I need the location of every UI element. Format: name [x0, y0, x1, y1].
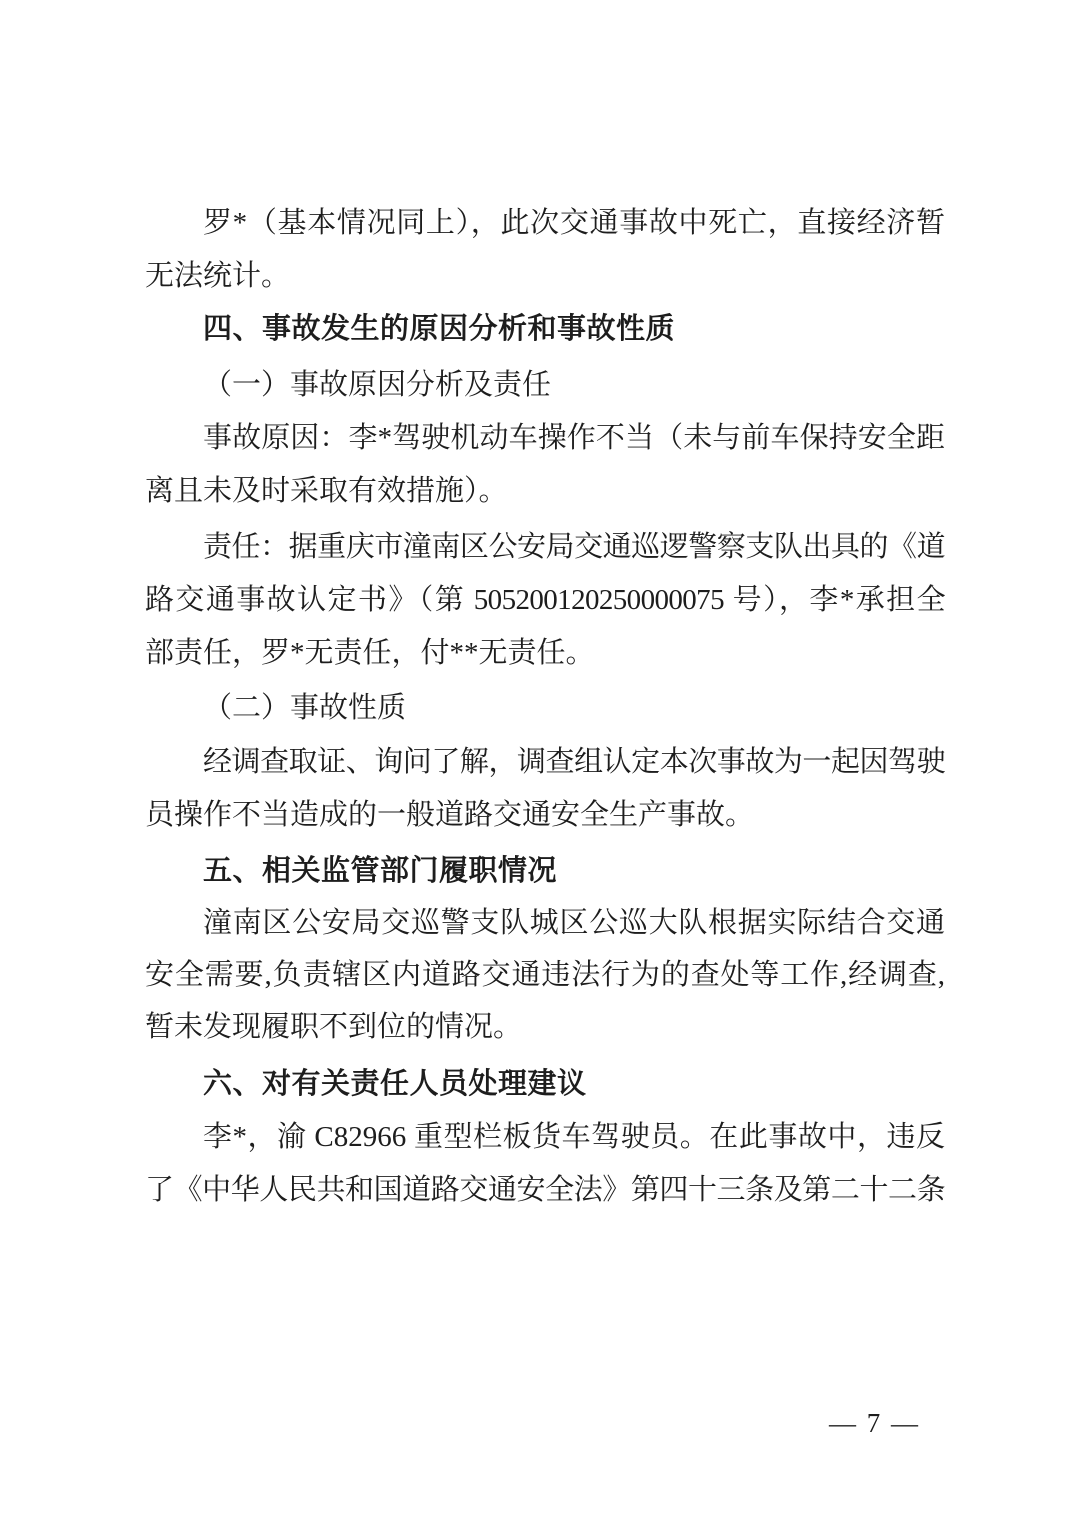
text-line: 安全需要,负责辖区内道路交通违法行为的查处等工作,经调查,: [145, 957, 945, 993]
text-line: 潼南区公安局交巡警支队城区公巡大队根据实际结合交通: [145, 905, 945, 941]
heading-section-6: 六、对有关责任人员处理建议: [145, 1066, 945, 1102]
text-line: 无法统计。: [145, 258, 945, 294]
text-line: 暂未发现履职不到位的情况。: [145, 1009, 945, 1045]
text-line: 了《中华人民共和国道路交通安全法》第四十三条及第二十二条: [145, 1172, 945, 1208]
text-line: 离且未及时采取有效措施）。: [145, 473, 945, 509]
text-line: 部责任，罗*无责任，付**无责任。: [145, 635, 945, 671]
text-line: 罗*（基本情况同上），此次交通事故中死亡，直接经济暂: [145, 205, 945, 241]
text-line: 责任：据重庆市潼南区公安局交通巡逻警察支队出具的《道: [145, 529, 945, 565]
heading-section-4: 四、事故发生的原因分析和事故性质: [145, 311, 945, 347]
document-page: 罗*（基本情况同上），此次交通事故中死亡，直接经济暂 无法统计。 四、事故发生的…: [0, 0, 1074, 1520]
subheading-4-2: （二）事故性质: [145, 690, 945, 726]
text-line: 李*，渝 C82966 重型栏板货车驾驶员。在此事故中，违反: [145, 1119, 945, 1155]
text-line: 员操作不当造成的一般道路交通安全生产事故。: [145, 797, 945, 833]
text-line: 事故原因：李*驾驶机动车操作不当（未与前车保持安全距: [145, 420, 945, 456]
subheading-4-1: （一）事故原因分析及责任: [145, 367, 945, 403]
text-line: 路交通事故认定书》（第 505200120250000075 号），李*承担全: [145, 582, 945, 618]
text-line: 经调查取证、询问了解，调查组认定本次事故为一起因驾驶: [145, 744, 945, 780]
page-number: — 7 —: [829, 1408, 920, 1439]
heading-section-5: 五、相关监管部门履职情况: [145, 853, 945, 889]
